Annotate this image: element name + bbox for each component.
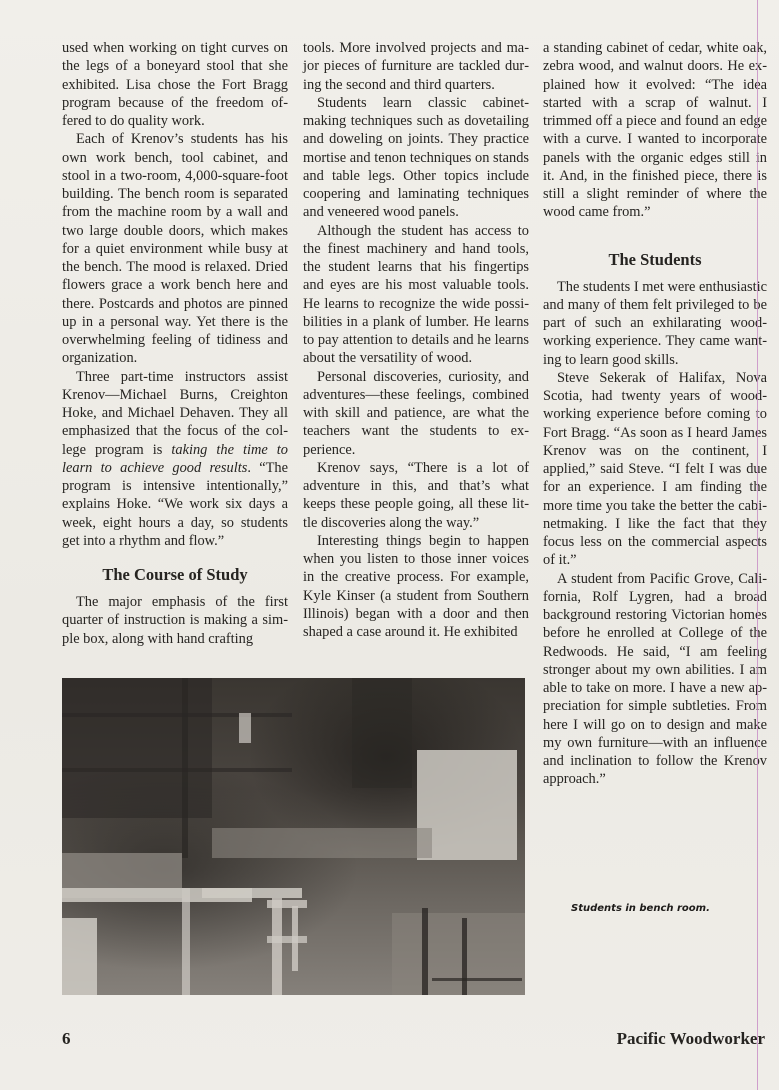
paragraph: tools. More involved projects and ma­jor… bbox=[303, 39, 529, 94]
paragraph: A student from Pacific Grove, Cali­forni… bbox=[543, 570, 767, 789]
paragraph: Krenov says, “There is a lot of adventur… bbox=[303, 459, 529, 532]
section-heading-the-students: The Students bbox=[543, 250, 767, 270]
paragraph: Three part-time instructors assist Kreno… bbox=[62, 368, 288, 551]
article-column-2: tools. More involved projects and ma­jor… bbox=[303, 39, 529, 641]
article-column-3: a standing cabinet of cedar, white oak, … bbox=[543, 39, 767, 789]
article-column-1: used when working on tight curves on the… bbox=[62, 39, 288, 648]
paragraph: used when working on tight curves on the… bbox=[62, 39, 288, 130]
paragraph: a standing cabinet of cedar, white oak, … bbox=[543, 39, 767, 222]
paragraph: Interesting things begin to happen when … bbox=[303, 532, 529, 642]
page-number: 6 bbox=[62, 1029, 71, 1049]
paragraph: Students learn classic cabinet­making te… bbox=[303, 94, 529, 222]
photo-caption: Students in bench room. bbox=[571, 903, 710, 914]
paragraph: The students I met were enthusiastic and… bbox=[543, 278, 767, 369]
paragraph: Each of Krenov’s students has his own wo… bbox=[62, 130, 288, 367]
bench-room-photo bbox=[62, 678, 525, 995]
paragraph: Steve Sekerak of Halifax, Nova Scotia, h… bbox=[543, 369, 767, 570]
margin-rule bbox=[757, 0, 758, 1090]
paragraph: Personal discoveries, curiosity, and adv… bbox=[303, 368, 529, 459]
section-heading-course-of-study: The Course of Study bbox=[62, 565, 288, 585]
paragraph: Although the student has access to the f… bbox=[303, 222, 529, 368]
running-title: Pacific Woodworker bbox=[617, 1029, 765, 1049]
paragraph: The major emphasis of the first quarter … bbox=[62, 593, 288, 648]
